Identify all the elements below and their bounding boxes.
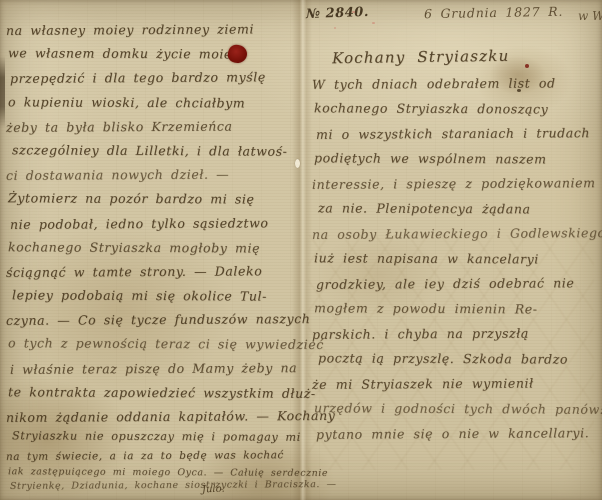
handwritten-line: że mi Stryiaszek nie wymienił [312,375,598,402]
handwritten-line: żeby ta była blisko Krzemieńca [6,118,300,144]
handwritten-line: i właśnie teraz piszę do Mamy żeby na [6,360,300,386]
handwritten-line: Żytomierz na pozór bardzo mi się [8,191,302,217]
left-page-text: na własney moiey rodzinney ziemiwe własn… [6,22,300,493]
handwritten-line: na osoby Łukawieckiego i Godlewskiego [312,225,598,252]
salutation: Kochany Stryiaszku [332,47,510,67]
handwritten-line: podiętych we wspólnem naszem [314,150,600,176]
ink-speck [517,89,521,92]
letter-place: w Wilni [578,9,602,23]
right-page-text: W tych dniach odebrałem list odkochanego… [312,76,598,451]
handwritten-line: kochanego Stryiaszka donoszący [314,100,600,126]
handwritten-line: mi o wszystkich staraniach i trudach [312,125,598,152]
handwritten-line: interessie, i spieszę z podziękowaniem [312,175,598,202]
handwritten-line: czyna. — Co się tycze funduszów naszych [6,311,300,337]
red-speck [334,27,336,29]
handwritten-line: na tym świecie, a ia za to będę was koch… [6,449,300,468]
registry-number: № 2840. [306,5,369,22]
handwritten-line: na własney moiey rodzinney ziemi [6,21,300,47]
handwritten-line: ci dostawania nowych dzieł. — [6,166,300,192]
handwritten-line: nikom żądanie oddania kapitałów. — Kocha… [6,408,300,431]
handwritten-line: te kontrakta zapowiedzieć wszystkim dłuż… [8,384,302,410]
handwritten-line: o kupieniu wioski, ale chciałbym [8,94,302,120]
wax-speck [525,64,529,68]
handwritten-line: o tych z pewnością teraz ci się wywiedzi… [8,336,302,362]
handwritten-line: ściągnąć w tamte strony. — Daleko [6,263,300,289]
handwritten-line: pytano mnie się o nie w kancellaryi. [312,425,598,452]
handwritten-line: pocztą ią przyszlę. Szkoda bardzo [314,350,600,376]
signature: Julo. [202,484,225,496]
red-speck [352,11,355,13]
handwritten-line: grodzkiey, ale iey dziś odebrać nie [312,275,598,302]
letter-date: 6 Grudnia 1827 R. [424,4,563,21]
fold-hole [295,159,300,168]
handwritten-line: parskich. i chyba na przyszłą [312,325,598,352]
handwritten-line: kochanego Stryiaszka mogłoby mię [8,239,302,265]
red-speck [372,22,375,24]
handwritten-line: lepiey podobaią mi się okolice Tul- [8,287,302,313]
handwritten-line: Stryienkę, Dziadunia, kochane siostrzycz… [6,479,300,494]
handwritten-line: W tych dniach odebrałem list od [312,75,598,102]
handwritten-line: nie podobał, iedno tylko sąsiedztwo [6,215,300,241]
handwritten-line: Stryiaszku nie opuszczay mię i pomagay m… [8,429,302,451]
handwritten-line: przepędzić i dla tego bardzo myślę [6,69,300,95]
handwritten-line: za nie. Plenipotencya żądana [314,200,600,226]
handwritten-line: szczególniey dla Lilletki, i dla łatwoś- [8,142,302,168]
handwritten-line: iuż iest napisana w kancelaryi [314,250,600,276]
handwritten-line: we własnem domku życie moie [8,45,302,71]
handwritten-line: mogłem z powodu imienin Re- [314,300,600,326]
scan-edge-smudge [0,56,5,128]
letter-scan: na własney moiey rodzinney ziemiwe własn… [0,0,602,500]
handwritten-line: urzędów i godności tych dwóch panów: [314,400,600,426]
